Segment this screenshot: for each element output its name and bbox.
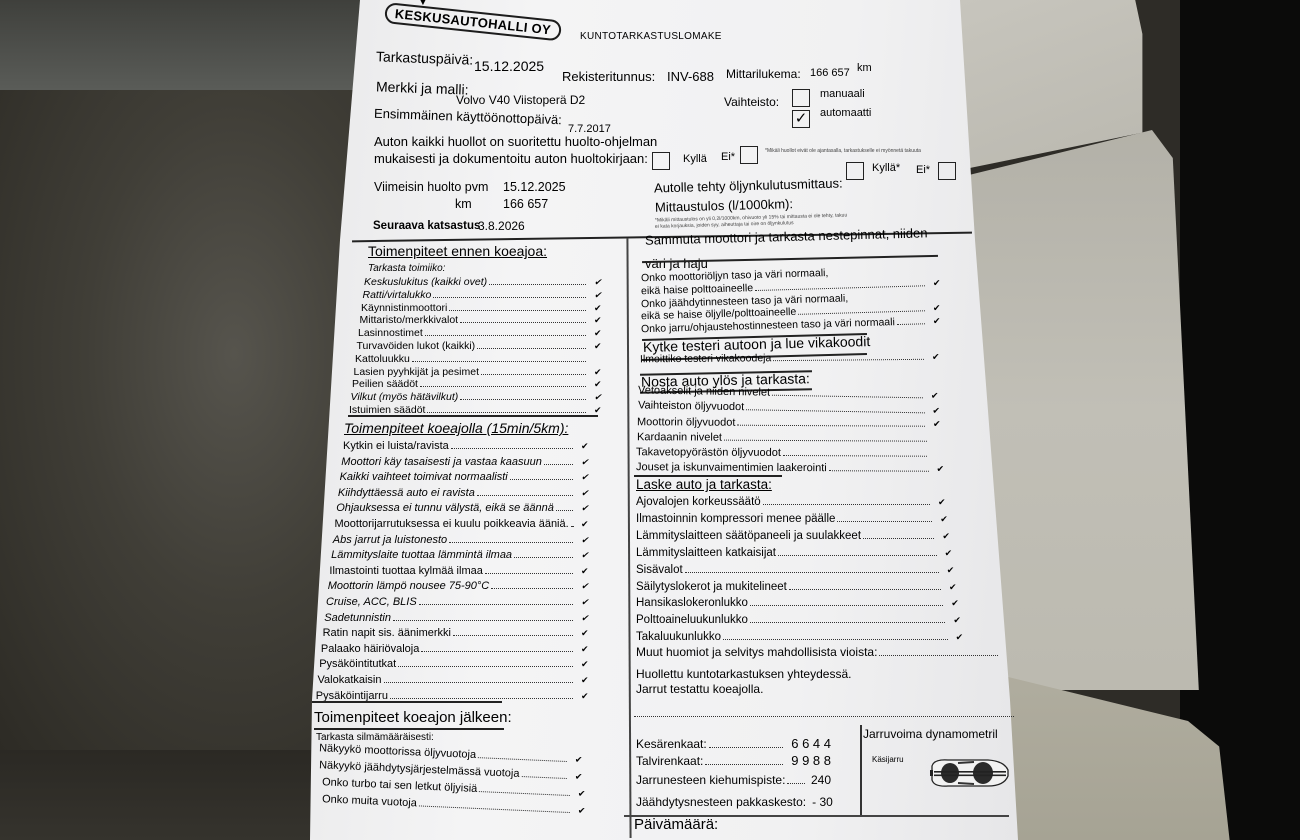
checklist-dots (420, 379, 586, 387)
checklist-row: Lämmityslaite tuottaa lämmintä ilmaa✔ (331, 549, 591, 561)
checklist-row: Moottorin öljyvuodot✔ (637, 416, 943, 430)
checklist-dots (427, 405, 586, 413)
after-drive-subtitle: Tarkasta silmämääräisesti: (316, 732, 434, 743)
check-mark-icon[interactable]: ✔ (594, 392, 604, 403)
form-title: KUNTOTARKASTUSLOMAKE (580, 31, 722, 42)
check-mark-icon[interactable]: ✔ (581, 613, 591, 624)
check-mark-icon[interactable]: ✔ (594, 341, 604, 352)
checklist-label: Lämmityslaitteen säätöpaneeli ja suulakk… (636, 530, 861, 542)
check-mark-icon[interactable]: ✔ (575, 771, 585, 782)
checklist-dots (449, 535, 573, 543)
service-question-line2: mukaisesti ja dokumentoitu auton huoltok… (374, 151, 648, 166)
checklist-label: Abs jarrut ja luistonesto (333, 534, 447, 546)
checklist-row: Kardaanin nivelet (636, 431, 944, 445)
lower-title: Laske auto ja tarkasta: (636, 477, 772, 492)
checklist-row: Takavetopyörästön öljyvuodot (636, 446, 945, 460)
checklist-label: Käynnistinmoottori (361, 302, 447, 314)
checklist-dots (460, 315, 586, 323)
check-mark-icon[interactable]: ✔ (594, 290, 604, 301)
gearbox-auto-checkbox[interactable]: ✓ (792, 110, 810, 128)
next-inspection-label: Seuraava katsastus (373, 220, 480, 232)
service-note: *Mikäli huollot eivät ole ajantasalla, t… (765, 148, 921, 154)
check-mark-icon[interactable]: ✔ (581, 503, 591, 514)
checklist-label: Vaihteiston öljyvuodot (637, 399, 743, 413)
checklist-dots (412, 354, 586, 362)
checklist-dots (685, 565, 939, 573)
checklist-row: Kytkin ei luista/ravista✔ (343, 440, 591, 452)
checklist-dots (384, 675, 574, 683)
checklist-dots (477, 341, 586, 349)
check-mark-icon[interactable]: ✔ (945, 548, 955, 559)
check-mark-icon[interactable]: ✔ (581, 691, 591, 702)
gearbox-manual-label: manuaali (820, 88, 865, 100)
check-mark-icon[interactable]: ✔ (953, 615, 963, 626)
check-mark-icon[interactable]: ✔ (581, 457, 591, 468)
checklist-row: Mittaristo/merkkivalot✔ (360, 314, 605, 326)
checklist-dots (737, 418, 925, 427)
check-mark-icon[interactable]: ✔ (594, 367, 604, 378)
check-mark-icon[interactable]: ✔ (575, 754, 585, 765)
checklist-label: Hansikaslokeronlukko (636, 597, 748, 609)
check-mark-icon[interactable]: ✔ (933, 278, 943, 289)
checklist-row: Ratti/virtalukko✔ (363, 289, 605, 301)
checklist-row: Käynnistinmoottori✔ (361, 302, 604, 314)
checklist-label: Moottorin öljyvuodot (637, 416, 736, 429)
check-mark-icon[interactable]: ✔ (594, 379, 604, 390)
summer-tires-row: Kesärenkaat: 6 6 4 4 (636, 736, 831, 751)
checklist-label: Moottorijarrutuksessa ei kuulu poikkeavi… (335, 518, 569, 530)
checklist-dots (789, 582, 941, 590)
coolant-row: Jäähdytysnesteen pakkaskesto: - 30 (636, 795, 851, 809)
checklist-dots (453, 628, 573, 636)
checklist-dots (556, 503, 573, 511)
checklist-label: Valokatkaisin (318, 674, 382, 686)
oil-test-yes-checkbox[interactable] (846, 162, 864, 180)
oil-test-no-label: Ei* (916, 164, 930, 176)
service-no-label: Ei* (721, 151, 735, 163)
checklist-label: Keskuslukitus (kaikki ovet) (364, 276, 487, 288)
checklist-row: Lämmityslaitteen säätöpaneeli ja suulakk… (636, 530, 952, 542)
check-mark-icon[interactable]: ✔ (956, 632, 966, 643)
check-mark-icon[interactable]: ✔ (933, 419, 943, 430)
checklist-dots (449, 303, 586, 311)
winter-tires-row: Talvirenkaat: 9 9 8 8 (636, 753, 831, 768)
last-service-km: 166 657 (503, 197, 548, 211)
summer-tires-value: 6 6 4 4 (791, 736, 831, 751)
check-mark-icon[interactable]: ✔ (581, 441, 591, 452)
check-mark-icon[interactable]: ✔ (594, 315, 604, 326)
gearbox-manual-checkbox[interactable] (792, 89, 810, 107)
dyno-label: Jarruvoima dynamometril (863, 727, 998, 741)
checklist-dots (772, 388, 923, 399)
checklist-dots (481, 367, 586, 375)
checklist-dots (723, 632, 948, 640)
brake-fluid-row: Jarrunesteen kiehumispiste: 240 (636, 773, 831, 787)
check-mark-icon: ✓ (795, 110, 808, 127)
checklist-row: Kattoluukku (355, 353, 604, 365)
fluids-title-line2: väri ja haju (645, 256, 708, 271)
checklist-dots (521, 769, 567, 779)
background-seat-bottom-left (0, 750, 360, 840)
checklist-row: Keskuslukitus (kaikki ovet)✔ (364, 276, 604, 288)
checklist-label: Ilmastoinnin kompressori menee päälle (636, 513, 835, 525)
checklist-row: Valokatkaisin✔ (318, 674, 592, 686)
checklist-row: Ilmastoinnin kompressori menee päälle✔ (636, 513, 950, 525)
checklist-label: Kardaanin nivelet (636, 431, 721, 443)
registration-label: Rekisteritunnus: (562, 69, 655, 84)
checklist-label: Lasinnostimet (358, 327, 423, 339)
checklist-row: Polttoaineluukunlukko✔ (636, 614, 963, 626)
checklist-dots (798, 304, 925, 316)
coolant-label: Jäähdytysnesteen pakkaskesto: (636, 795, 806, 809)
check-mark-icon[interactable]: ✔ (932, 352, 942, 363)
checklist-dots (544, 457, 573, 465)
check-mark-icon[interactable]: ✔ (594, 303, 604, 314)
checklist-dots (750, 615, 946, 623)
checklist-label: Lasien pyyhkijät ja pesimet (354, 366, 479, 378)
checklist-dots (460, 392, 586, 400)
checklist-dots (571, 519, 573, 527)
odometer-unit: km (857, 62, 872, 74)
checklist-dots (783, 448, 927, 457)
inspection-date-value: 15.12.2025 (474, 58, 544, 74)
check-mark-icon[interactable]: ✔ (581, 488, 591, 499)
checklist-dots (778, 548, 937, 556)
checklist-label: Polttoaineluukunlukko (636, 614, 748, 626)
checklist-row: Lasinnostimet✔ (358, 327, 604, 339)
check-mark-icon[interactable]: ✔ (581, 644, 591, 655)
check-mark-icon[interactable]: ✔ (933, 303, 943, 314)
check-mark-icon[interactable]: ✔ (942, 531, 952, 542)
check-mark-icon[interactable]: ✔ (949, 582, 959, 593)
odometer-label: Mittarilukema: (726, 67, 801, 81)
brake-fluid-label: Jarrunesteen kiehumispiste: (636, 773, 785, 787)
inspection-date-label: Tarkastuspäivä: (376, 48, 474, 67)
checklist-label: Moottorin lämpö nousee 75-90°C (328, 580, 490, 592)
checklist-row: Sisävalot✔ (636, 564, 957, 576)
checklist-label: Lämmityslaitteen katkaisijat (636, 547, 776, 559)
gearbox-label: Vaihteisto: (724, 95, 779, 109)
before-drive-divider (348, 415, 598, 417)
checklist-row: Ratin napit sis. äänimerkki✔ (323, 627, 591, 639)
checklist-row: Peilien säädöt✔ (352, 378, 604, 390)
after-drive-underline (314, 728, 504, 730)
checklist-dots (863, 531, 934, 539)
make-model-label: Merkki ja malli: (376, 78, 469, 97)
background-seat-top-right (960, 0, 1200, 170)
background-seat-top-left (0, 0, 360, 90)
summer-tires-label: Kesärenkaat: (636, 737, 707, 751)
oil-test-yes-label: Kyllä* (872, 162, 900, 174)
service-yes-checkbox[interactable] (652, 152, 670, 170)
checklist-label: Takaluukunlukko (636, 631, 721, 643)
last-service-km-label: km (455, 197, 472, 211)
brake-fluid-dots (787, 776, 805, 784)
notes-row: Muut huomiot ja selvitys mahdollisista v… (636, 645, 998, 659)
checklist-label: Peilien säädöt (352, 378, 418, 390)
after-drive-title: Toimenpiteet koeajon jälkeen: (314, 709, 512, 726)
notes-line-2[interactable]: Jarrut testattu koeajolla. (636, 682, 763, 696)
check-mark-icon[interactable]: ✔ (581, 581, 591, 592)
checklist-row: Cruise, ACC, BLIS✔ (326, 596, 591, 608)
background-seat-left (0, 90, 360, 750)
checklist-row: Takaluukunlukko✔ (636, 631, 966, 643)
checklist-label: Ohjauksessa ei tunnu välystä, eikä se ää… (336, 502, 554, 514)
registration-value: INV-688 (667, 69, 714, 84)
check-mark-icon[interactable]: ✔ (931, 390, 941, 401)
checklist-dots (451, 441, 573, 449)
checklist-label: Ilmoittiko testeri vikakoodeja (640, 352, 771, 365)
summer-tires-dots (709, 740, 784, 748)
check-mark-icon[interactable]: ✔ (581, 519, 591, 530)
dyno-divider (860, 725, 862, 815)
checklist-dots (419, 597, 573, 605)
coolant-value: - 30 (812, 795, 833, 809)
checklist-label: Pysäköintitutkat (319, 658, 396, 670)
check-mark-icon[interactable]: ✔ (581, 566, 591, 577)
background-dark-right (1180, 0, 1300, 840)
checklist-row: Turvavöiden lukot (kaikki)✔ (357, 340, 605, 352)
checklist-label: Mittaristo/merkkivalot (360, 314, 459, 326)
winter-tires-label: Talvirenkaat: (636, 754, 703, 768)
odometer-value: 166 657 (810, 67, 850, 79)
gearbox-auto-label: automaatti (820, 107, 871, 119)
notes-blank-line (634, 716, 1014, 717)
checklist-label: Palaako häiriövaloja (321, 643, 419, 655)
notes-label: Muut huomiot ja selvitys mahdollisista v… (636, 645, 877, 659)
checklist-label: Sisävalot (636, 564, 683, 576)
checklist-dots (828, 463, 928, 472)
checklist-dots (514, 550, 573, 558)
checklist-row: Kiihdyttäessä auto ei ravista✔ (338, 487, 591, 499)
check-mark-icon[interactable]: ✔ (581, 535, 591, 546)
last-service-label: Viimeisin huolto pvm (374, 180, 488, 194)
last-service-date: 15.12.2025 (503, 180, 566, 194)
during-drive-divider (312, 701, 502, 703)
checklist-label: Jouset ja iskunvaimentimien laakerointi (635, 461, 826, 474)
checklist-label: Säilytyslokerot ja mukitelineet (636, 581, 787, 593)
checklist-dots (837, 514, 932, 522)
oil-test-no-checkbox[interactable] (938, 162, 956, 180)
checklist-label: Kattoluukku (355, 353, 410, 365)
check-mark-icon[interactable]: ✔ (581, 597, 591, 608)
checklist-dots (750, 598, 943, 606)
checklist-dots (421, 644, 573, 652)
service-question-line1: Auton kaikki huollot on suoritettu huolt… (374, 134, 657, 149)
checklist-label: Pysäköintijarru (316, 690, 388, 702)
checklist-label: Kiihdyttäessä auto ei ravista (338, 487, 475, 499)
before-drive-title: Toimenpiteet ennen koeajoa: (368, 243, 547, 259)
checklist-dots (491, 581, 573, 589)
service-no-checkbox[interactable] (740, 146, 758, 164)
check-mark-icon[interactable]: ✔ (933, 316, 943, 327)
checklist-row: Hansikaslokeronlukko✔ (636, 597, 961, 609)
brake-fluid-value: 240 (811, 773, 831, 787)
check-mark-icon[interactable]: ✔ (581, 550, 591, 561)
checklist-dots (485, 566, 573, 574)
checklist-dots (489, 277, 586, 285)
checklist-row: Moottorijarrutuksessa ei kuulu poikkeavi… (335, 518, 592, 530)
checklist-label: Ajovalojen korkeussäätö (636, 496, 761, 508)
checklist-dots (479, 784, 570, 796)
check-mark-icon[interactable]: ✔ (578, 788, 588, 799)
checklist-label: Ratin napit sis. äänimerkki (323, 627, 451, 639)
checklist-row: Palaako häiriövaloja✔ (321, 643, 591, 655)
checklist-dots (398, 659, 573, 667)
checklist-label: Kytkin ei luista/ravista (343, 440, 449, 452)
handbrake-label: Käsijarru (872, 755, 904, 764)
check-mark-icon[interactable]: ✔ (581, 659, 591, 670)
checklist-row: Abs jarrut ja luistonesto✔ (333, 534, 591, 546)
checklist-row: Sadetunnistin✔ (324, 612, 591, 624)
checklist-row: Moottorin lämpö nousee 75-90°C✔ (328, 580, 591, 592)
make-model-value: Volvo V40 Viistoperä D2 (456, 93, 585, 107)
car-top-view-icon (928, 756, 1010, 790)
checklist-label: Takavetopyörästön öljyvuodot (636, 446, 781, 459)
checklist-row: Vilkut (myös hätävilkut)✔ (351, 391, 605, 403)
checklist-row: Säilytyslokerot ja mukitelineet✔ (636, 581, 959, 593)
checklist-row: Kaikki vaihteet toimivat normaalisti✔ (340, 471, 591, 483)
checklist-label: Ilmastointi tuottaa kylmää ilmaa (329, 565, 482, 577)
checklist-label: Turvavöiden lukot (kaikki) (357, 340, 476, 352)
checklist-dots (433, 290, 586, 298)
checklist-row: Moottori käy tasaisesti ja vastaa kaasuu… (341, 456, 591, 468)
check-mark-icon[interactable]: ✔ (938, 497, 948, 508)
checklist-label: Moottori käy tasaisesti ja vastaa kaasuu… (341, 456, 542, 468)
check-mark-icon[interactable]: ✔ (940, 514, 950, 525)
checklist-dots (477, 488, 573, 496)
checklist-dots (724, 433, 927, 442)
date-label: Päivämäärä: (634, 816, 718, 833)
winter-tires-dots (705, 757, 783, 765)
check-mark-icon[interactable]: ✔ (951, 598, 961, 609)
check-mark-icon[interactable]: ✔ (594, 328, 604, 339)
service-yes-label: Kyllä (683, 153, 707, 165)
checklist-row: Pysäköintijarru✔ (316, 690, 591, 702)
winter-tires-value: 9 9 8 8 (791, 753, 831, 768)
checklist-dots (763, 497, 930, 505)
check-mark-icon[interactable]: ✔ (932, 405, 942, 416)
checklist-row: Ohjauksessa ei tunnu välystä, eikä se ää… (336, 502, 591, 514)
checklist-label: Lämmityslaite tuottaa lämmintä ilmaa (331, 549, 512, 561)
check-mark-icon[interactable]: ✔ (578, 805, 588, 816)
checklist-dots (510, 472, 573, 480)
checklist-row: Lasien pyyhkijät ja pesimet✔ (354, 366, 605, 378)
checklist-label: Cruise, ACC, BLIS (326, 596, 417, 608)
checklist-row: Ajovalojen korkeussäätö✔ (636, 496, 948, 508)
checklist-dots (746, 402, 924, 413)
notes-line-1[interactable]: Huollettu kuntotarkastuksen yhteydessä. (636, 667, 851, 681)
check-mark-icon[interactable]: ✔ (581, 675, 591, 686)
check-mark-icon[interactable]: ✔ (581, 628, 591, 639)
checklist-row: Pysäköintitutkat✔ (319, 658, 591, 670)
checklist-dots (393, 613, 573, 621)
checklist-row: Lämmityslaitteen katkaisijat✔ (636, 547, 955, 559)
checklist-dots (773, 352, 924, 361)
check-mark-icon[interactable]: ✔ (581, 472, 591, 483)
checklist-label: Kaikki vaihteet toimivat normaalisti (340, 471, 508, 483)
checklist-dots (897, 316, 925, 325)
checklist-label: Vilkut (myös hätävilkut) (351, 391, 459, 403)
check-mark-icon[interactable]: ✔ (594, 277, 604, 288)
checklist-row: Ilmastointi tuottaa kylmää ilmaa✔ (329, 565, 591, 577)
check-mark-icon[interactable]: ✔ (947, 565, 957, 576)
notes-dots (879, 648, 998, 656)
next-inspection-value: 3.8.2026 (478, 219, 525, 233)
checklist-label: Sadetunnistin (324, 612, 391, 624)
checklist-label: Ratti/virtalukko (363, 289, 432, 301)
before-drive-subtitle: Tarkasta toimiiko: (368, 263, 445, 274)
checklist-row: Jouset ja iskunvaimentimien laakerointi✔ (635, 461, 946, 475)
checklist-dots (478, 750, 567, 762)
during-drive-title: Toimenpiteet koeajolla (15min/5km): (344, 420, 568, 436)
checklist-dots (425, 328, 586, 336)
checklist-label: Vetoakselit ja niiden nivelet (638, 384, 770, 398)
check-mark-icon[interactable]: ✔ (936, 464, 946, 475)
checklist-dots (390, 691, 573, 699)
